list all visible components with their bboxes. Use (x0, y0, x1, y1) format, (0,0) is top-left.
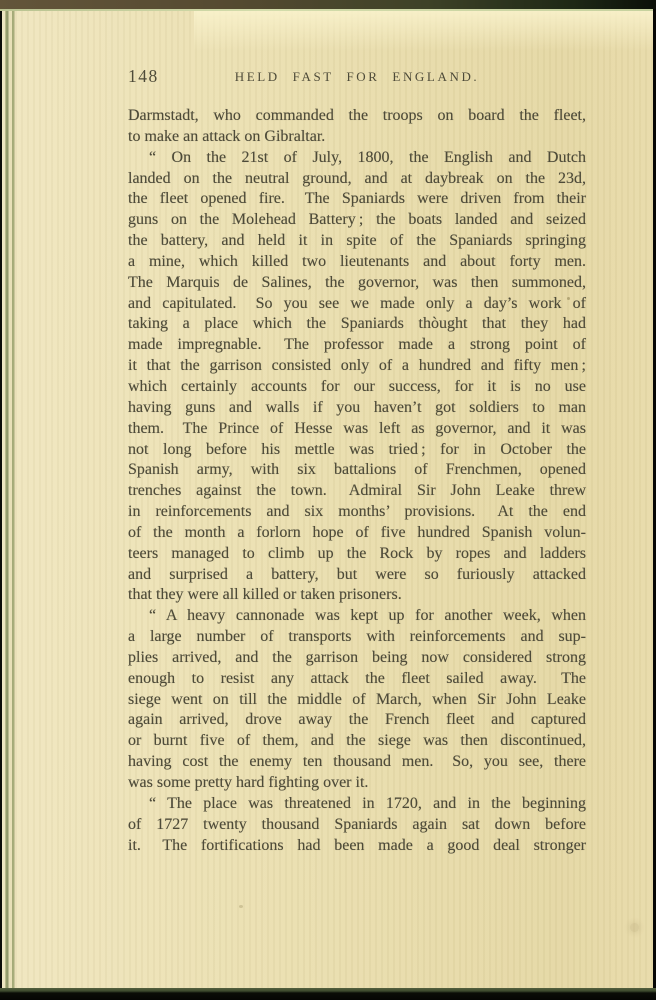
text-line: having cost the enemy ten thousand men. … (128, 752, 586, 773)
text-line: “ The place was threatened in 1720, and … (128, 794, 586, 815)
text-line: it. The fortifications had been made a g… (128, 836, 586, 857)
book-page: 148 HELD FAST FOR ENGLAND. Darmstadt, wh… (15, 11, 653, 988)
text-line: of 1727 twenty thousand Spaniards again … (128, 815, 586, 836)
text-line: “ On the 21st of July, 1800, the English… (128, 148, 586, 169)
text-line: having guns and walls if you haven’t got… (128, 398, 586, 419)
book-cover-edge (0, 0, 656, 9)
text-line: plies arrived, and the garrison being no… (128, 648, 586, 669)
text-line: siege went on till the middle of March, … (128, 690, 586, 711)
book-bottom-edge (0, 988, 656, 1000)
text-line: “ A heavy cannonade was kept up for anot… (128, 606, 586, 627)
text-line: was some pretty hard fighting over it. (128, 773, 586, 794)
text-line: Spanish army, with six battalions of Fre… (128, 460, 586, 481)
text-line: made impregnable. The professor made a s… (128, 335, 586, 356)
paper-speck (239, 905, 243, 908)
text-line: landed on the neutral ground, and at day… (128, 169, 586, 190)
text-line: enough to resist any attack the fleet sa… (128, 669, 586, 690)
text-line: them. The Prince of Hesse was left as go… (128, 419, 586, 440)
text-block: Darmstadt, who commanded the troops on b… (128, 106, 586, 856)
text-line: Darmstadt, who commanded the troops on b… (128, 106, 586, 127)
text-line: that they were all killed or taken priso… (128, 585, 586, 606)
text-line: to make an attack on Gibraltar. (128, 127, 586, 148)
text-line: of the month a forlorn hope of five hund… (128, 523, 586, 544)
text-line: a mine, which killed two lieutenants and… (128, 252, 586, 273)
text-line: trenches against the town. Admiral Sir J… (128, 481, 586, 502)
text-line: teers managed to climb up the Rock by ro… (128, 544, 586, 565)
text-line: not long before his mettle was tried ; f… (128, 440, 586, 461)
text-line: the battery, and held it in spite of the… (128, 231, 586, 252)
text-line: taking a place which the Spaniards thòug… (128, 314, 586, 335)
book-scan: 148 HELD FAST FOR ENGLAND. Darmstadt, wh… (0, 0, 656, 1000)
page-header: 148 HELD FAST FOR ENGLAND. (128, 66, 586, 96)
text-line: or burnt five of them, and the siege was… (128, 731, 586, 752)
text-line: guns on the Molehead Battery ; the boats… (128, 210, 586, 231)
text-line: a large number of transports with reinfo… (128, 627, 586, 648)
text-line: and capitulated. So you see we made only… (128, 294, 586, 315)
running-head: HELD FAST FOR ENGLAND. (128, 69, 586, 85)
page-stack-edges (0, 11, 15, 989)
text-line: and surprised a battery, but were so fur… (128, 565, 586, 586)
text-line: the fleet opened fire. The Spaniards wer… (128, 189, 586, 210)
text-line: again arrived, drove away the French fle… (128, 710, 586, 731)
text-line: in reinforcements and six months’ provis… (128, 502, 586, 523)
text-line: which certainly accounts for our success… (128, 377, 586, 398)
text-line: it that the garrison consisted only of a… (128, 356, 586, 377)
paper-speck (630, 923, 639, 932)
text-line: The Marquis de Salines, the governor, wa… (128, 273, 586, 294)
